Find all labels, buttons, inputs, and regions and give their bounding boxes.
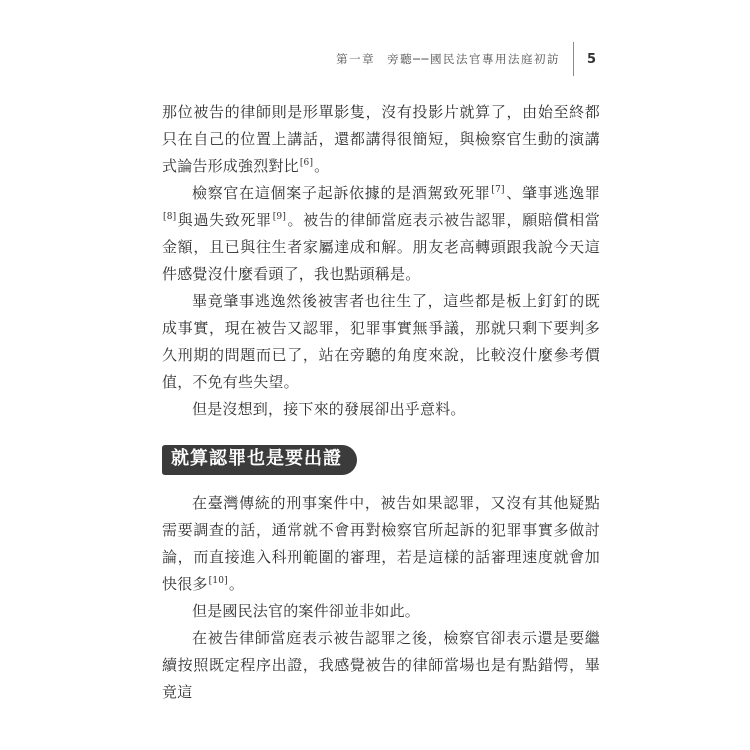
footnote-ref: [7] <box>491 185 504 195</box>
header-divider <box>573 42 574 76</box>
section-heading: 就算認罪也是要出證 <box>162 445 600 475</box>
paragraph: 在被告律師當庭表示被告認罪之後，檢察官卻表示還是要繼續按照既定程序出證，我感覺被… <box>162 625 600 706</box>
footnote-ref: [10] <box>209 576 228 586</box>
running-head: 第一章旁聽──國民法官專用法庭初訪 <box>336 51 560 67</box>
page-header: 第一章旁聽──國民法官專用法庭初訪 5 <box>162 42 600 76</box>
page-content: 那位被告的律師則是形單影隻，沒有投影片就算了，由始至終都只在自己的位置上講話，還… <box>162 99 600 706</box>
footnote-ref: [6] <box>300 158 313 168</box>
paragraph: 但是沒想到，接下來的發展卻出乎意料。 <box>162 396 600 423</box>
book-page: 第一章旁聽──國民法官專用法庭初訪 5 那位被告的律師則是形單影隻，沒有投影片就… <box>0 0 750 750</box>
paragraph: 但是國民法官的案件卻並非如此。 <box>162 598 600 625</box>
section-heading-text: 就算認罪也是要出證 <box>162 445 357 475</box>
chapter-title: 旁聽──國民法官專用法庭初訪 <box>387 52 560 66</box>
paragraph: 檢察官在這個案子起訴依據的是酒駕致死罪[7]、肇事逃逸罪[8]與過失致死罪[9]… <box>162 180 600 288</box>
footnote-ref: [9] <box>273 212 286 222</box>
page-number: 5 <box>587 52 596 67</box>
chapter-label: 第一章 <box>336 52 375 66</box>
paragraph: 畢竟肇事逃逸然後被害者也往生了，這些都是板上釘釘的既成事實，現在被告又認罪，犯罪… <box>162 288 600 396</box>
footnote-ref: [8] <box>163 212 176 222</box>
paragraph: 那位被告的律師則是形單影隻，沒有投影片就算了，由始至終都只在自己的位置上講話，還… <box>162 99 600 180</box>
paragraph: 在臺灣傳統的刑事案件中，被告如果認罪，又沒有其他疑點需要調查的話，通常就不會再對… <box>162 490 600 598</box>
